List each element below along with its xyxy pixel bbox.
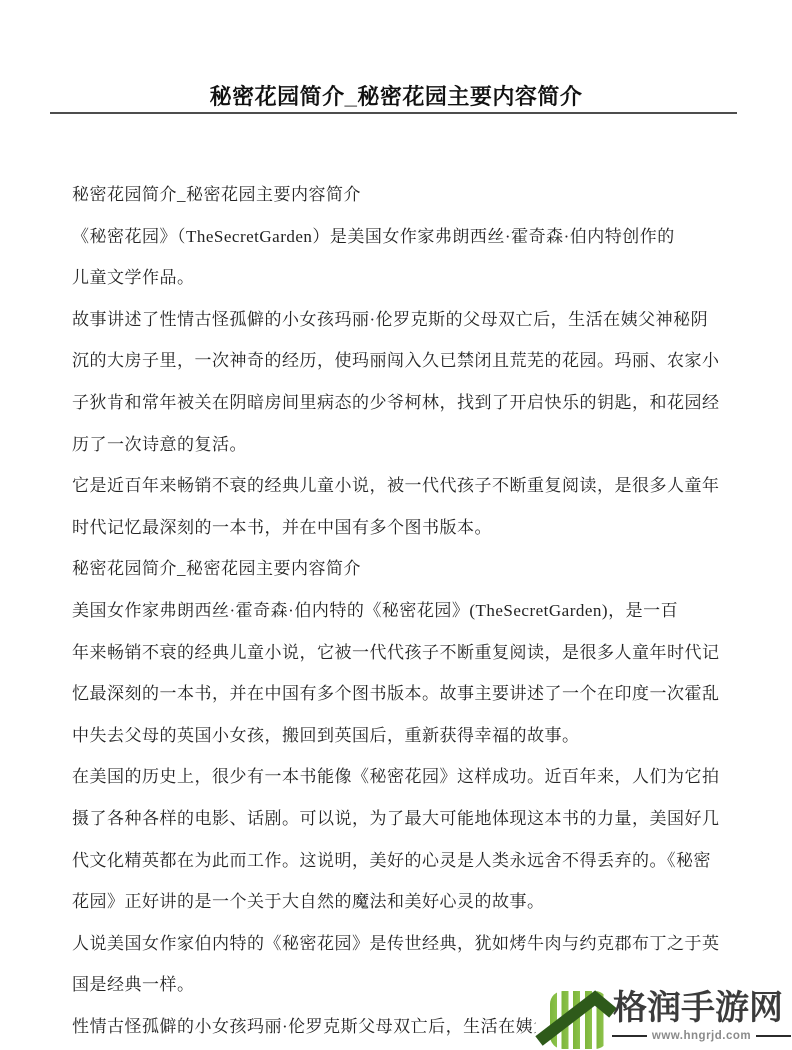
text-line: 秘密花园简介_秘密花园主要内容简介 <box>72 548 728 590</box>
text-line: 时代记忆最深刻的一本书，并在中国有多个图书版本。 <box>72 507 728 549</box>
text-line: 故事讲述了性情古怪孤僻的小女孩玛丽·伦罗克斯的父母双亡后，生活在姨父神秘阴 <box>72 299 728 341</box>
text-line: 它是近百年来畅销不衰的经典儿童小说，被一代代孩子不断重复阅读，是很多人童年 <box>72 465 728 507</box>
url-right-rule <box>756 1035 791 1038</box>
text-line: 沉的大房子里，一次神奇的经历，使玛丽闯入久已禁闭且荒芜的花园。玛丽、农家小 <box>72 340 728 382</box>
text-line: 摄了各种各样的电影、话剧。可以说，为了最大可能地体现这本书的力量，美国好几 <box>72 798 728 840</box>
title-divider <box>50 112 737 114</box>
document-body: 秘密花园简介_秘密花园主要内容简介《秘密花园》（TheSecretGarden）… <box>72 174 728 1047</box>
text-line: 代文化精英都在为此而工作。这说明，美好的心灵是人类永远舍不得丢弃的。《秘密 <box>72 840 728 882</box>
text-line: 中失去父母的英国小女孩，搬回到英国后，重新获得幸福的故事。 <box>72 715 728 757</box>
text-line: 历了一次诗意的复活。 <box>72 424 728 466</box>
text-line: 美国女作家弗朗西丝·霍奇森·伯内特的《秘密花园》(TheSecretGarden… <box>72 590 728 632</box>
url-left-rule <box>612 1035 647 1038</box>
text-line: 人说美国女作家伯内特的《秘密花园》是传世经典，犹如烤牛肉与约克郡布丁之于英 <box>72 923 728 965</box>
watermark-site-name: 格润手游网 <box>613 989 783 1027</box>
text-line: 花园》正好讲的是一个关于大自然的魔法和美好心灵的故事。 <box>72 881 728 923</box>
text-line: 《秘密花园》（TheSecretGarden）是美国女作家弗朗西丝·霍奇森·伯内… <box>72 216 728 258</box>
page-title: 秘密花园简介_秘密花园主要内容简介 <box>0 80 792 111</box>
text-line: 在美国的历史上，很少有一本书能像《秘密花园》这样成功。近百年来，人们为它拍 <box>72 756 728 798</box>
text-line: 儿童文学作品。 <box>72 257 728 299</box>
text-line: 子狄肯和常年被关在阴暗房间里病态的少爷柯林，找到了开启快乐的钥匙，和花园经 <box>72 382 728 424</box>
text-line: 秘密花园简介_秘密花园主要内容简介 <box>72 174 728 216</box>
text-line: 年来畅销不衰的经典儿童小说，它被一代代孩子不断重复阅读，是很多人童年时代记 <box>72 632 728 674</box>
site-watermark: 格润手游网 www.hngrjd.com <box>536 984 792 1050</box>
text-line: 忆最深刻的一本书，并在中国有多个图书版本。故事主要讲述了一个在印度一次霍乱 <box>72 673 728 715</box>
watermark-url-row: www.hngrjd.com <box>612 1030 791 1042</box>
document-page: 秘密花园简介_秘密花园主要内容简介 秘密花园简介_秘密花园主要内容简介《秘密花园… <box>0 0 792 1050</box>
watermark-site-url: www.hngrjd.com <box>652 1030 751 1042</box>
